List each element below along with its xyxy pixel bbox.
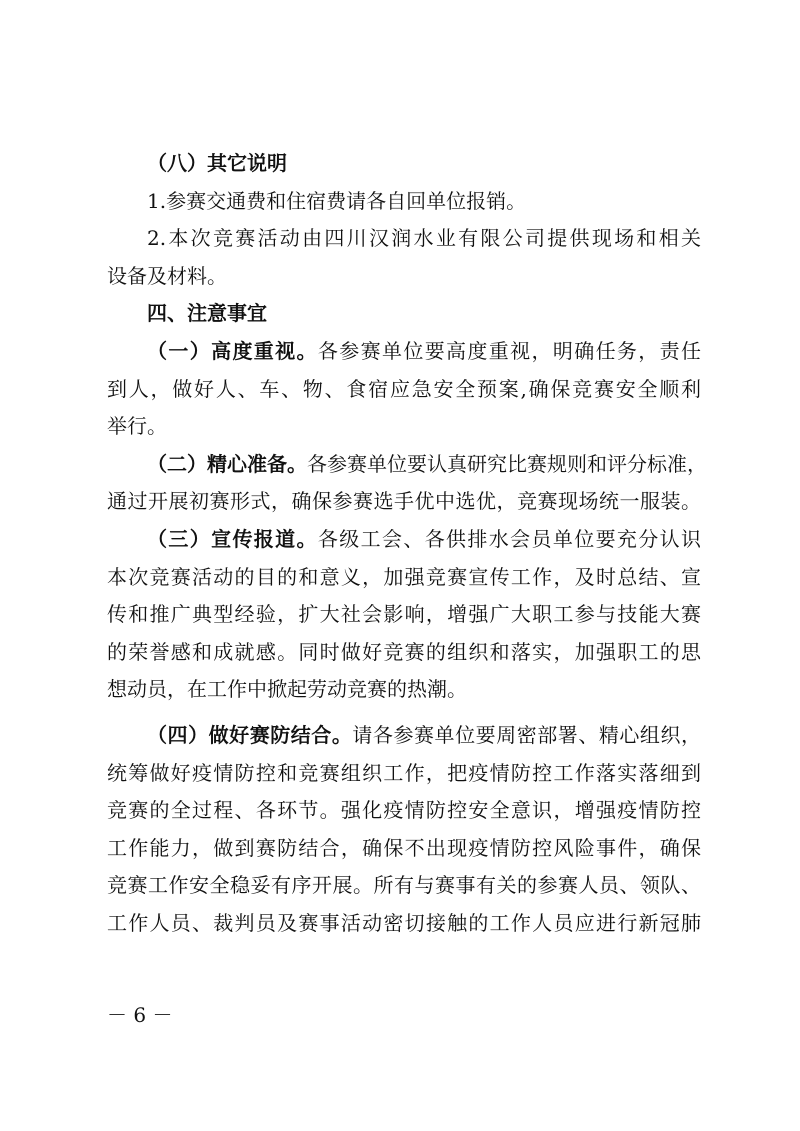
point-1-text: 各参赛单位要高度重视，明确任务，责任 [318,339,701,363]
point-1-title: （一）高度重视。 [147,339,318,363]
point-3-title: （三）宣传报道。 [147,527,318,551]
point-3-text: 各级工会、各供排水会员单位要充分认识 [318,527,701,551]
point-3-line-2: 本次竞赛活动的目的和意义，加强竞赛宣传工作，及时总结、宣 [107,559,701,597]
point-4-line-1: （四）做好赛防结合。请各参赛单位要周密部署、精心组织， [107,717,701,755]
point-1-line-1: （一）高度重视。各参赛单位要高度重视，明确任务，责任 [107,333,701,371]
paragraph-item-2-line-2: 设备及材料。 [107,258,701,296]
section-heading-other-notes: （八）其它说明 [107,145,701,183]
point-1-line-2: 到人，做好人、车、物、食宿应急安全预案,确保竞赛安全顺利 [107,371,701,409]
point-2-title: （二）精心准备。 [147,452,307,476]
point-4-title: （四）做好赛防结合。 [147,723,352,747]
point-4-line-2: 统筹做好疫情防控和竞赛组织工作，把疫情防控工作落实落细到 [107,755,701,793]
point-4-line-4: 工作能力，做到赛防结合，确保不出现疫情防控风险事件，确保 [107,830,701,868]
point-3-line-4: 的荣誉感和成就感。同时做好竞赛的组织和落实，加强职工的思 [107,634,701,672]
paragraph-item-2-line-1: 2.本次竞赛活动由四川汉润水业有限公司提供现场和相关 [107,220,701,258]
point-2-line-1: （二）精心准备。各参赛单位要认真研究比赛规则和评分标准， [107,446,701,484]
point-4-text: 请各参赛单位要周密部署、精心组织， [352,723,701,747]
document-page: （八）其它说明 1.参赛交通费和住宿费请各自回单位报销。 2.本次竞赛活动由四川… [107,145,701,942]
point-2-text: 各参赛单位要认真研究比赛规则和评分标准， [307,452,707,476]
paragraph-item-1: 1.参赛交通费和住宿费请各自回单位报销。 [107,183,701,221]
point-4-line-3: 竞赛的全过程、各环节。强化疫情防控安全意识，增强疫情防控 [107,792,701,830]
point-3-line-5: 想动员，在工作中掀起劳动竞赛的热潮。 [107,671,701,709]
paragraph-gap [107,709,701,717]
point-1-line-3: 举行。 [107,408,701,446]
point-4-line-6: 工作人员、裁判员及赛事活动密切接触的工作人员应进行新冠肺 [107,905,701,943]
point-3-line-1: （三）宣传报道。各级工会、各供排水会员单位要充分认识 [107,521,701,559]
point-4-line-5: 竞赛工作安全稳妥有序开展。所有与赛事有关的参赛人员、领队、 [107,867,701,905]
point-3-line-3: 传和推广典型经验，扩大社会影响，增强广大职工参与技能大赛 [107,596,701,634]
point-2-line-2: 通过开展初赛形式，确保参赛选手优中选优，竞赛现场统一服装。 [107,483,701,521]
page-number: － 6 － [107,1001,172,1029]
chapter-heading-notes: 四、注意事宜 [107,295,701,333]
